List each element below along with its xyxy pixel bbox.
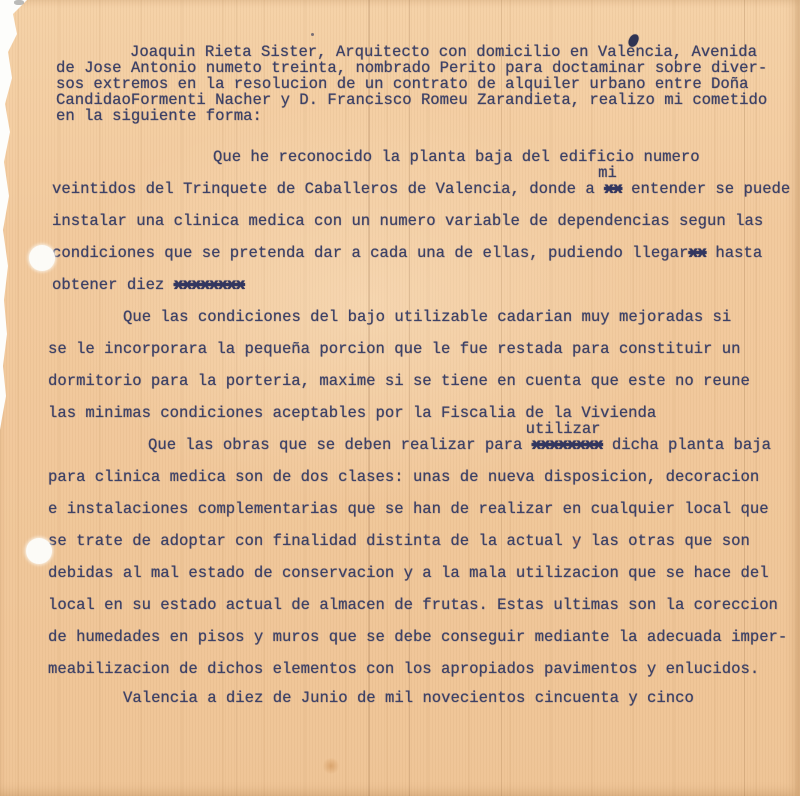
text-segment: meabilizacion de dichos elementos con lo… — [48, 660, 759, 678]
red-speck — [574, 540, 578, 544]
text-segment: instalar una clinica medica con un numer… — [52, 212, 763, 230]
text-line: en la siguiente forma: — [56, 108, 262, 125]
text-line: obtener diez xxxxxxxx — [52, 277, 245, 294]
text-segment: entender se puede — [622, 180, 790, 198]
text-line: local en su estado actual de almacen de … — [48, 597, 778, 614]
text-segment: obtener diez — [52, 276, 174, 294]
document-page: Joaquin Rieta Sister, Arquitecto con dom… — [0, 0, 800, 796]
typed-above-correction: mi — [598, 165, 617, 182]
text-line: veintidos del Trinquete de Caballeros de… — [52, 181, 790, 198]
text-line: de humedades en pisos y muros que se deb… — [48, 629, 787, 646]
text-segment: de humedades en pisos y muros que se deb… — [48, 628, 787, 646]
text-line: condiciones que se pretenda dar a cada u… — [52, 245, 762, 262]
text-line: e instalaciones complementarias que se h… — [48, 501, 769, 518]
text-line: Valencia a diez de Junio de mil novecien… — [123, 690, 694, 707]
text-segment: dicha planta baja — [603, 436, 771, 454]
typed-above-correction: utilizar — [526, 421, 601, 438]
punch-hole — [29, 245, 55, 271]
scanned-document: { "document": { "description": "Typewrit… — [0, 0, 800, 796]
text-line: se trate de adoptar con finalidad distin… — [48, 533, 750, 550]
text-segment: para clinica medica son de dos clases: u… — [48, 468, 759, 486]
text-line: debidas al mal estado de conservacion y … — [48, 565, 769, 582]
overstruck-text: xxxxxxxx — [174, 276, 245, 294]
text-segment: e instalaciones complementarias que se h… — [48, 500, 769, 518]
text-segment: Que las condiciones del bajo utilizable … — [123, 308, 731, 326]
text-line: Que he reconocido la planta baja del edi… — [213, 149, 700, 166]
torn-paper-edge — [0, 0, 34, 430]
text-segment: dormitorio para la porteria, maxime si s… — [48, 372, 750, 390]
ink-speck — [311, 33, 314, 36]
text-line: meabilizacion de dichos elementos con lo… — [48, 661, 759, 678]
text-segment: condiciones que se pretenda dar a cada u… — [52, 244, 688, 262]
text-line: Que las condiciones del bajo utilizable … — [123, 309, 731, 326]
text-line: instalar una clinica medica con un numer… — [52, 213, 763, 230]
text-segment: local en su estado actual de almacen de … — [48, 596, 778, 614]
text-segment: se trate de adoptar con finalidad distin… — [48, 532, 750, 550]
punch-hole — [26, 538, 52, 564]
text-line: para clinica medica son de dos clases: u… — [48, 469, 759, 486]
text-line: se le incorporara la pequeña porcion que… — [48, 341, 740, 358]
overstruck-text: xx — [604, 180, 622, 198]
paper-stain — [322, 758, 340, 774]
text-segment: veintidos del Trinquete de Caballeros de… — [52, 180, 604, 198]
text-segment: Que he reconocido la planta baja del edi… — [213, 148, 700, 166]
overstruck-text: xxxxxxxx — [532, 436, 603, 454]
overstruck-text: xx — [688, 244, 706, 262]
text-segment: debidas al mal estado de conservacion y … — [48, 564, 769, 582]
edge-smudge — [14, 0, 24, 5]
text-segment: en la siguiente forma: — [56, 107, 262, 125]
text-segment: hasta — [706, 244, 762, 262]
text-line: dormitorio para la porteria, maxime si s… — [48, 373, 750, 390]
text-line: Que las obras que se deben realizar para… — [148, 437, 771, 454]
text-segment: Que las obras que se deben realizar para — [148, 436, 532, 454]
text-segment: se le incorporara la pequeña porcion que… — [48, 340, 740, 358]
text-segment: Valencia a diez de Junio de mil novecien… — [123, 689, 694, 707]
